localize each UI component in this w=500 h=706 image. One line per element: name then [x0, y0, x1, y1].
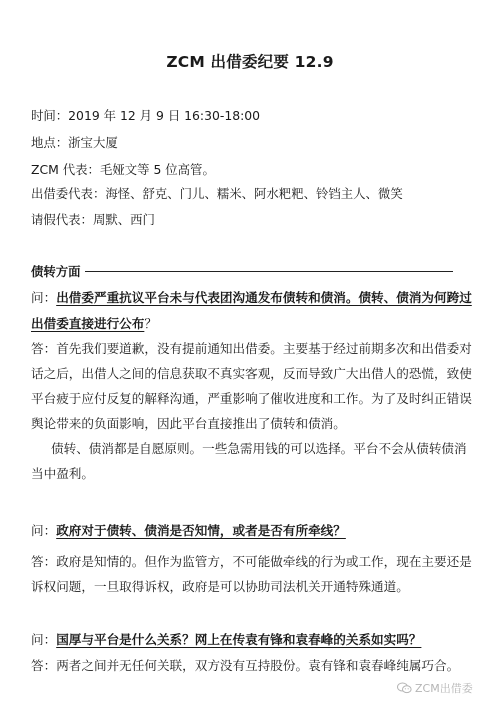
meta-value: 浙宝大厦 — [68, 135, 118, 150]
answer-1-para2-line-2: 当中盈利。 — [31, 466, 471, 482]
question-text: 出借委直接进行公布 — [31, 316, 144, 331]
section-heading-debt-transfer: 债转方面 — [31, 263, 453, 279]
answer-prefix: 答： — [31, 658, 56, 673]
question-1-line-2: 出借委直接进行公布？ — [31, 316, 471, 332]
question-prefix: 问： — [31, 523, 56, 538]
answer-prefix: 答： — [31, 554, 56, 569]
answer-text: 两者之间并无任何关联，双方没有互持股份。袁有锋和袁春峰纯属巧合。 — [56, 658, 459, 673]
meta-value: 海怪、舒克、门儿、糯米、阿水粑粑、铃铛主人、微笑 — [105, 186, 402, 201]
answer-1-line-4: 舆论带来的负面影响，因此平台直接推出了债转和债消。 — [31, 416, 471, 432]
answer-2-line-2: 诉权问题，一旦取得诉权，政府是可以协助司法机关开通特殊通道。 — [31, 579, 471, 595]
meta-value: 2019 年 12 月 9 日 16:30-18:00 — [68, 108, 260, 123]
answer-1-para2-line-1: 债转、债消都是自愿原则。一些急需用钱的可以选择。平台不会从债转债消 — [31, 441, 491, 457]
answer-2-line-1: 答：政府是知情的。但作为监管方，不可能做牵线的行为或工作，现在主要还是 — [31, 554, 471, 570]
question-3-line-1: 问：国厚与平台是什么关系？网上在传袁有锋和袁春峰的关系如实吗？ — [31, 632, 471, 648]
meta-value: 周默、西门 — [93, 212, 155, 227]
answer-1-line-1: 答：首先我们要道歉，没有提前通知出借委。主要基于经过前期多次和出借委对 — [31, 341, 471, 357]
question-text: 出借委严重抗议平台未与代表团沟通发布债转和债消。债转、债消为何跨过 — [56, 290, 472, 305]
meta-label: 时间： — [31, 108, 68, 123]
section-label: 债转方面 — [31, 262, 81, 280]
meta-location: 地点：浙宝大厦 — [31, 135, 118, 151]
wechat-icon — [397, 682, 412, 694]
meta-label: 请假代表： — [31, 212, 93, 227]
answer-1-line-2: 话之后，出借人之间的信息获取不真实客观，反而导致广大出借人的恐慌，致使 — [31, 366, 471, 382]
meta-value: 毛娅文等 5 位高管。 — [100, 162, 215, 177]
watermark-text: ZCM出借委 — [415, 680, 473, 696]
answer-text: 政府是知情的。但作为监管方，不可能做牵线的行为或工作，现在主要还是 — [56, 554, 472, 569]
answer-prefix: 答： — [31, 341, 56, 356]
answer-3-line-1: 答：两者之间并无任何关联，双方没有互持股份。袁有锋和袁春峰纯属巧合。 — [31, 658, 471, 674]
document-title: ZCM 出借委纪要 12.9 — [0, 50, 500, 72]
question-tail: ？ — [144, 316, 157, 331]
meta-absent-representatives: 请假代表：周默、西门 — [31, 212, 155, 228]
meta-label: 地点： — [31, 135, 68, 150]
watermark: ZCM出借委 — [397, 680, 473, 696]
question-prefix: 问： — [31, 290, 56, 305]
section-divider — [85, 271, 453, 272]
question-prefix: 问： — [31, 632, 56, 647]
question-text: 政府对于债转、债消是否知情，或者是否有所牵线？ — [56, 523, 346, 538]
answer-text: 首先我们要道歉，没有提前通知出借委。主要基于经过前期多次和出借委对 — [56, 341, 472, 356]
meta-committee-representatives: 出借委代表：海怪、舒克、门儿、糯米、阿水粑粑、铃铛主人、微笑 — [31, 186, 403, 202]
meta-time: 时间：2019 年 12 月 9 日 16:30-18:00 — [31, 108, 260, 124]
question-1-line-1: 问：出借委严重抗议平台未与代表团沟通发布债转和债消。债转、债消为何跨过 — [31, 290, 471, 306]
question-2-line-1: 问：政府对于债转、债消是否知情，或者是否有所牵线？ — [31, 523, 471, 539]
document-page: ZCM 出借委纪要 12.9 时间：2019 年 12 月 9 日 16:30-… — [0, 0, 500, 706]
meta-label: 出借委代表： — [31, 186, 105, 201]
meta-label: ZCM 代表： — [31, 162, 100, 177]
question-text: 国厚与平台是什么关系？网上在传袁有锋和袁春峰的关系如实吗？ — [56, 632, 421, 647]
meta-zcm-representatives: ZCM 代表：毛娅文等 5 位高管。 — [31, 162, 215, 178]
answer-1-line-3: 平台疲于应付反复的解释沟通，严重影响了催收进度和工作。为了及时纠正错误 — [31, 391, 471, 407]
